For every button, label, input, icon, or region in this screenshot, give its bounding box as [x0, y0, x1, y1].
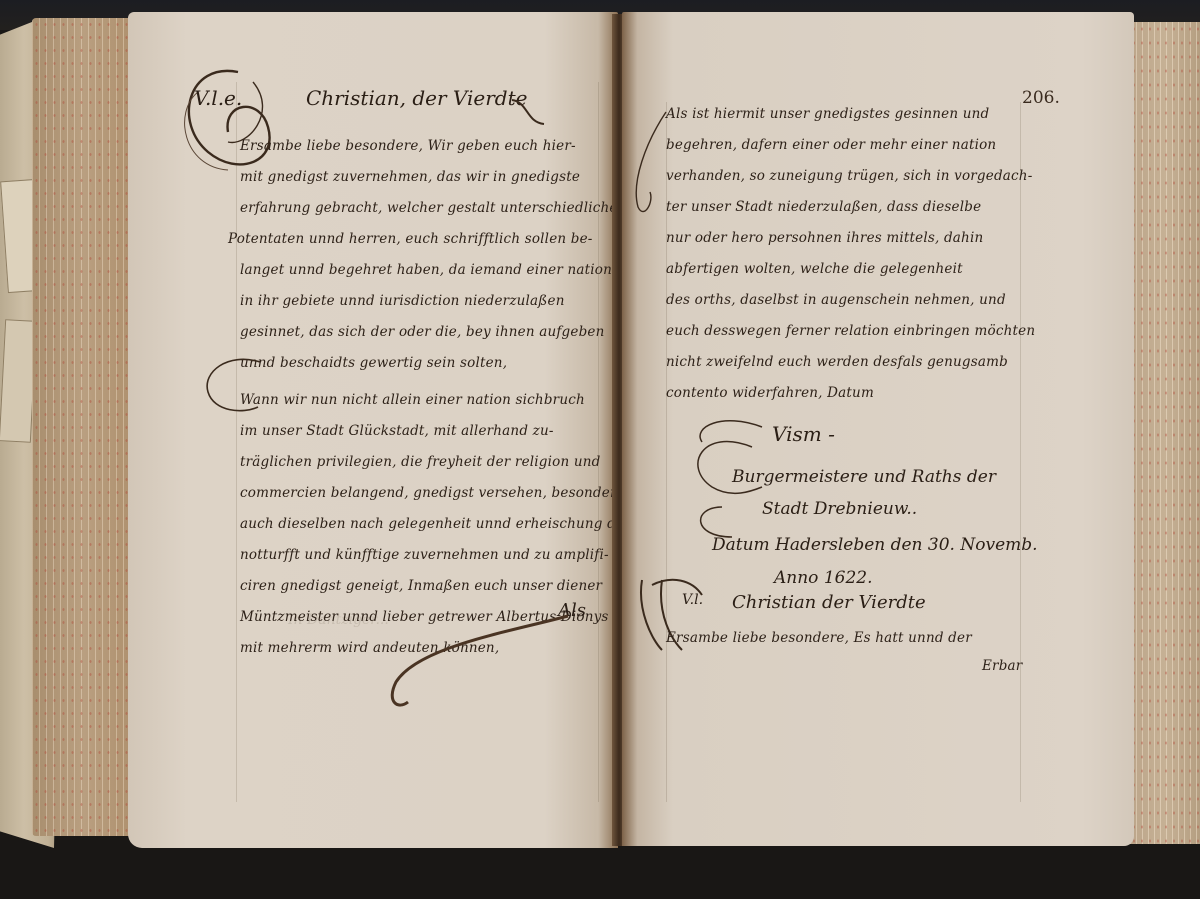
initial-W-flourish-icon [632, 570, 712, 660]
text-line: auch dieselben nach gelegenheit unnd erh… [240, 516, 631, 532]
text-line: verhanden, so zuneigung trügen, sich in … [666, 168, 1032, 184]
recipient-line-1: Burgermeistere und Raths der [732, 467, 996, 487]
salutation-mark: V.l.e. [194, 86, 242, 110]
sender-heading: Christian der Vierdte [732, 592, 926, 613]
salutation-mark: V.l. [682, 592, 703, 608]
text-line: langet unnd begehret haben, da iemand ei… [240, 262, 612, 278]
text-line: ciren gnedigst geneigt, Inmaßen euch uns… [240, 578, 602, 594]
margin-ruling [236, 82, 237, 802]
margin-ruling [598, 82, 599, 802]
text-line: mit gnedigst zuvernehmen, das wir in gne… [240, 169, 580, 185]
text-line: ter unser Stadt niederzulaßen, dass dies… [666, 199, 981, 215]
dark-backdrop-bottom [0, 840, 1200, 899]
text-line: Als ist hiermit unser gnedigstes gesinne… [666, 106, 989, 122]
text-line: euch desswegen ferner relation einbringe… [666, 323, 1035, 339]
text-line: nur oder hero persohnen ihres mittels, d… [666, 230, 983, 246]
text-line: abfertigen wolten, welche die gelegenhei… [666, 261, 963, 277]
text-line: in ihr gebiete unnd iurisdiction niederz… [240, 293, 565, 309]
book-photograph: In Dantziger... V.l.e. Christian, der Vi… [0, 0, 1200, 899]
initial-flourish-icon [168, 52, 298, 182]
year-line: Anno 1622. [774, 568, 872, 588]
text-line: begehren, dafern einer oder mehr einer n… [666, 137, 996, 153]
text-line: im unser Stadt Glückstadt, mit allerhand… [240, 423, 554, 439]
address-marker: Vism - [772, 422, 835, 446]
text-line: notturfft und künfftige zuvernehmen und … [240, 547, 609, 563]
text-line: commercien belangend, gnedigst versehen,… [240, 485, 634, 501]
sender-heading: Christian, der Vierdte [306, 86, 527, 110]
date-line: Datum Hadersleben den 30. Novemb. [712, 535, 1038, 555]
text-line: Ersambe liebe besondere, Es hatt unnd de… [666, 630, 972, 646]
text-line: Erbar [982, 658, 1022, 674]
text-line: des orths, daselbst in augenschein nehme… [666, 292, 1006, 308]
text-line: unnd beschaidts gewertig sein solten, [240, 355, 507, 371]
heading-flourish-icon [508, 92, 548, 132]
margin-ruling [1020, 102, 1021, 802]
paragraph-flourish-icon [198, 352, 268, 422]
text-line: gesinnet, das sich der oder die, bey ihn… [240, 324, 605, 340]
right-page: Als ist hiermit unser gnedigstes gesinne… [622, 12, 1134, 846]
page-stack-edges-right [1130, 22, 1200, 844]
recipient-line-2: Stadt Drebnieuw.. [762, 499, 917, 519]
folio-number: 206. [1022, 88, 1060, 108]
left-page: In Dantziger... V.l.e. Christian, der Vi… [128, 12, 618, 848]
text-line: Ersambe liebe besondere, Wir geben euch … [240, 138, 576, 154]
text-line: erfahrung gebracht, welcher gestalt unte… [240, 200, 618, 216]
text-line: contento widerfahren, Datum [666, 385, 874, 401]
catchword-swash-icon [378, 602, 578, 712]
text-line: träglichen privilegien, die freyheit der… [240, 454, 601, 470]
page-stack-edges-left [32, 18, 136, 836]
text-line: Wann wir nun nicht allein einer nation s… [240, 392, 585, 408]
text-line: nicht zweifelnd euch werden desfals genu… [666, 354, 1008, 370]
text-line: Potentaten unnd herren, euch schrifftlic… [228, 231, 593, 247]
